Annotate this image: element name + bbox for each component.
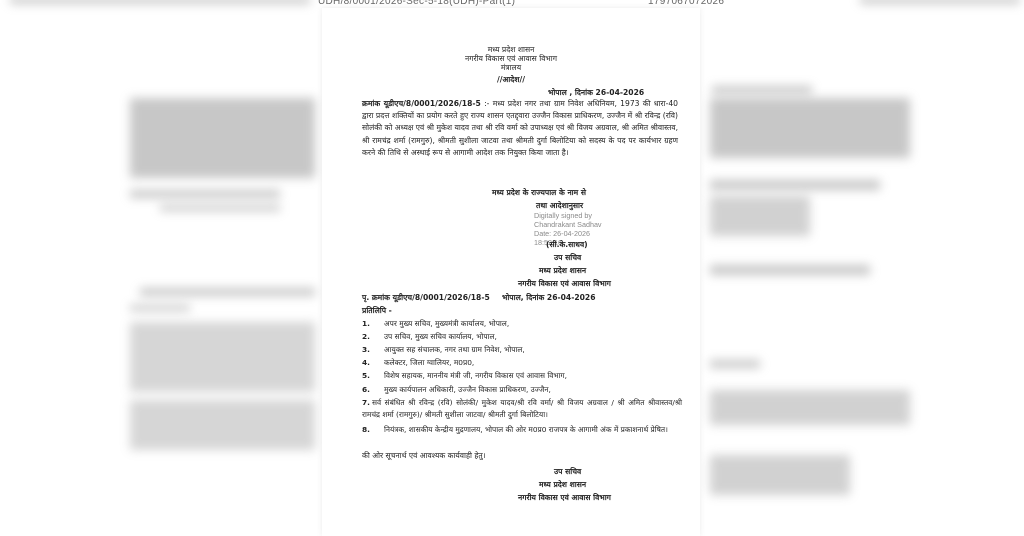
item-number: 4. bbox=[362, 357, 384, 369]
closing-line: की ओर सूचनार्थ एवं आवश्यक कार्यवाही हेतु… bbox=[362, 451, 486, 461]
copy-list-item: 2.उप सचिव, मुख्य सचिव कार्यालय, भोपाल, bbox=[362, 331, 682, 343]
endorsement-place-date: भोपाल, दिनांक 26-04-2026 bbox=[502, 293, 596, 303]
copy-list-item: 5.विशेष सहायक, माननीय मंत्री जी, नगरीय व… bbox=[362, 370, 682, 382]
signature-line-1: Digitally signed by bbox=[534, 211, 592, 220]
item-text: कलेक्टर, जिला ग्वालियर, म0प्र0, bbox=[384, 358, 474, 367]
order-authority-line: तथा आदेशानुसार bbox=[536, 201, 583, 211]
heading-ministry: मंत्रालय bbox=[322, 63, 700, 73]
item-text: सर्व संबंधित श्री रविन्द्र (रवि) सोलंकी/… bbox=[362, 398, 682, 419]
file-reference: UDH/8/0001/2026-Sec-5-18(UDH)-Part(1) bbox=[318, 0, 515, 7]
copy-label: प्रतिलिपि - bbox=[362, 306, 392, 316]
signatory-govt: मध्य प्रदेश शासन bbox=[539, 266, 586, 276]
item-number: 8. bbox=[362, 424, 384, 436]
copy-list-item: 1.अपर मुख्य सचिव, मुख्यमंत्री कार्यालय, … bbox=[362, 318, 682, 330]
item-text: उप सचिव, मुख्य सचिव कार्यालय, भोपाल, bbox=[384, 332, 497, 341]
footer-govt: मध्य प्रदेश शासन bbox=[539, 480, 586, 490]
copy-list-item: 8.नियंत्रक, शासकीय केन्द्रीय मुद्रणालय, … bbox=[362, 424, 682, 436]
copy-list-item: 4.कलेक्टर, जिला ग्वालियर, म0प्र0, bbox=[362, 357, 682, 369]
copy-list-item: 6.मुख्य कार्यपालन अधिकारी, उज्जैन विकास … bbox=[362, 384, 682, 396]
item-number: 3. bbox=[362, 344, 384, 356]
endorsement-number: पृ. क्रमांक यूडीएच/8/0001/2026/18-5 bbox=[362, 293, 490, 303]
item-text: मुख्य कार्यपालन अधिकारी, उज्जैन विकास प्… bbox=[384, 385, 551, 394]
item-number: 1. bbox=[362, 318, 384, 330]
item-text: नियंत्रक, शासकीय केन्द्रीय मुद्रणालय, भो… bbox=[384, 425, 668, 434]
copy-list-item: 3.आयुक्त सह संचालक, नगर तथा ग्राम निवेश,… bbox=[362, 344, 682, 356]
governor-line: मध्य प्रदेश के राज्यपाल के नाम से bbox=[492, 188, 586, 198]
item-number: 6. bbox=[362, 384, 384, 396]
footer-designation: उप सचिव bbox=[554, 467, 581, 477]
copy-list-item: 7.सर्व संबंधित श्री रविन्द्र (रवि) सोलंक… bbox=[362, 397, 682, 421]
signatory-designation: उप सचिव bbox=[554, 253, 581, 263]
footer-dept: नगरीय विकास एवं आवास विभाग bbox=[518, 493, 611, 503]
item-number: 5. bbox=[362, 370, 384, 382]
signatory-name: (सी.के.साधव) bbox=[546, 240, 588, 250]
item-number: 7. bbox=[362, 397, 372, 409]
signature-line-2: Chandrakant Sadhav bbox=[534, 220, 602, 229]
order-number: क्रमांक यूडीएच/8/0001/2026/18-5 bbox=[362, 99, 481, 108]
place-date: भोपाल , दिनांक 26-04-2026 bbox=[548, 88, 644, 98]
signatory-dept: नगरीय विकास एवं आवास विभाग bbox=[518, 279, 611, 289]
item-text: विशेष सहायक, माननीय मंत्री जी, नगरीय विक… bbox=[384, 371, 567, 380]
order-document: मध्य प्रदेश शासन नगरीय विकास एवं आवास वि… bbox=[322, 8, 700, 536]
receipt-number: 1797067072026 bbox=[648, 0, 724, 7]
signature-line-3: Date: 26-04-2026 bbox=[534, 229, 590, 238]
order-body: क्रमांक यूडीएच/8/0001/2026/18-5 :- मध्य … bbox=[362, 98, 678, 159]
order-title: //आदेश// bbox=[322, 75, 700, 85]
item-number: 2. bbox=[362, 331, 384, 343]
item-text: अपर मुख्य सचिव, मुख्यमंत्री कार्यालय, भो… bbox=[384, 319, 509, 328]
item-text: आयुक्त सह संचालक, नगर तथा ग्राम निवेश, भ… bbox=[384, 345, 525, 354]
